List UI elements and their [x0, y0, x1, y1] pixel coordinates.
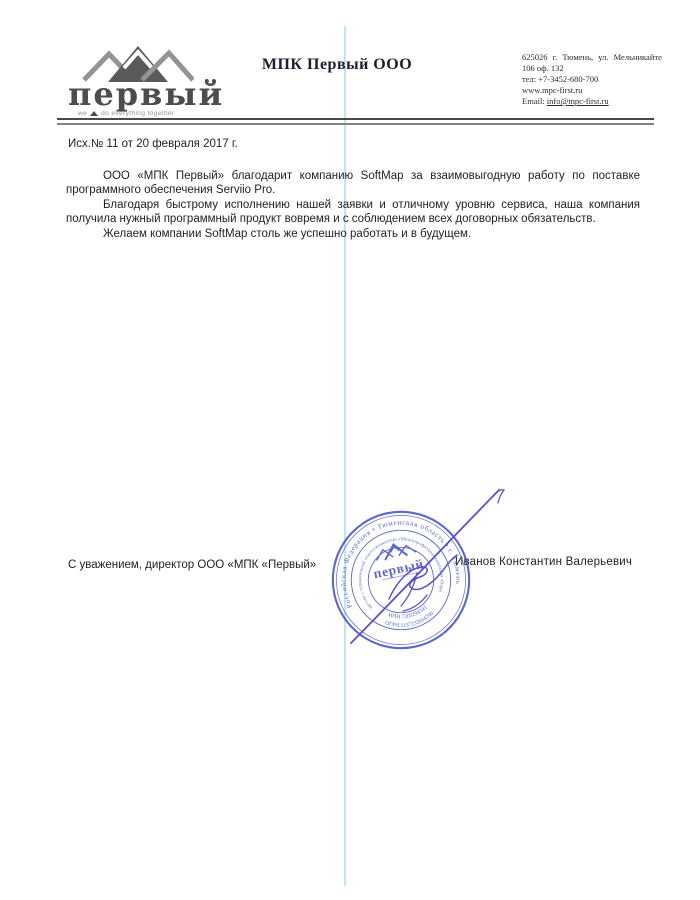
- logo-tagline-we: we: [78, 110, 87, 117]
- stamp-outer-ring-text: Российская Федерация • Тюменская область…: [328, 507, 465, 610]
- stamp-middle-circle: [342, 521, 460, 639]
- contact-address-line1: 625026 г. Тюмень, ул. Мельникайте: [522, 52, 694, 63]
- logo-tagline-rest: do everything together: [101, 110, 174, 117]
- contact-email-line: Email: info@mpc-first.ru: [522, 96, 694, 107]
- scan-artifact-line: [344, 26, 346, 886]
- svg-text:Общество с ограниченной ответс: Общество с ограниченной ответственностью…: [316, 498, 448, 618]
- company-stamp: Российская Федерация • Тюменская область…: [316, 494, 485, 666]
- paragraph: ООО «МПК Первый» благодарит компанию Sof…: [66, 169, 640, 198]
- logo-brand-text: первый: [68, 80, 208, 108]
- header-divider: [57, 118, 654, 125]
- contact-email: info@mpc-first.ru: [547, 96, 609, 106]
- company-stamp-seal-icon: Российская Федерация • Тюменская область…: [316, 494, 485, 666]
- contact-block: 625026 г. Тюмень, ул. Мельникайте 106 оф…: [522, 52, 694, 107]
- stamp-outer-inner-circle: [324, 503, 477, 656]
- signatory-name: Иванов Константин Валерьевич: [455, 556, 632, 568]
- svg-text:Российская Федерация • Тюменск: Российская Федерация • Тюменская область…: [328, 507, 465, 610]
- contact-address-line2: 106 оф. 132: [522, 63, 694, 74]
- company-logo: первый we do everything together: [68, 36, 208, 117]
- letter-body: ООО «МПК Первый» благодарит компанию Sof…: [66, 169, 640, 241]
- svg-text:ИНН 7203294341: ИНН 7203294341: [386, 604, 430, 624]
- stamp-brand-text: первый: [372, 556, 425, 581]
- stamp-inn-text: ИНН 7203294341: [386, 604, 430, 624]
- stamp-inner-ring-text: Общество с ограниченной ответственностью…: [316, 498, 448, 618]
- stamp-brand-underline: [382, 572, 418, 581]
- reference-line: Исх.№ 11 от 20 февраля 2017 г.: [68, 138, 238, 150]
- svg-text:ОГРН 1137232034790: ОГРН 1137232034790: [383, 610, 437, 634]
- stamp-logo-mountains-icon: [374, 540, 416, 562]
- company-title: МПК Первый ООО: [237, 56, 437, 74]
- paragraph: Желаем компании SoftMap столь же успешно…: [66, 227, 640, 241]
- paragraph: Благодаря быстрому исполнению нашей заяв…: [66, 198, 640, 227]
- mountain-mini-icon: [90, 111, 98, 116]
- stamp-ogrn-text: ОГРН 1137232034790: [383, 610, 437, 634]
- contact-email-label: Email:: [522, 96, 545, 106]
- closing-line: С уважением, директор ООО «МПК «Первый»: [68, 559, 316, 571]
- stamp-center-circle: [362, 541, 439, 618]
- contact-phone: тел: +7-3452-680-700: [522, 74, 694, 85]
- scanned-letter-page: первый we do everything together МПК Пер…: [0, 0, 700, 900]
- contact-website: www.mpc-first.ru: [522, 85, 694, 96]
